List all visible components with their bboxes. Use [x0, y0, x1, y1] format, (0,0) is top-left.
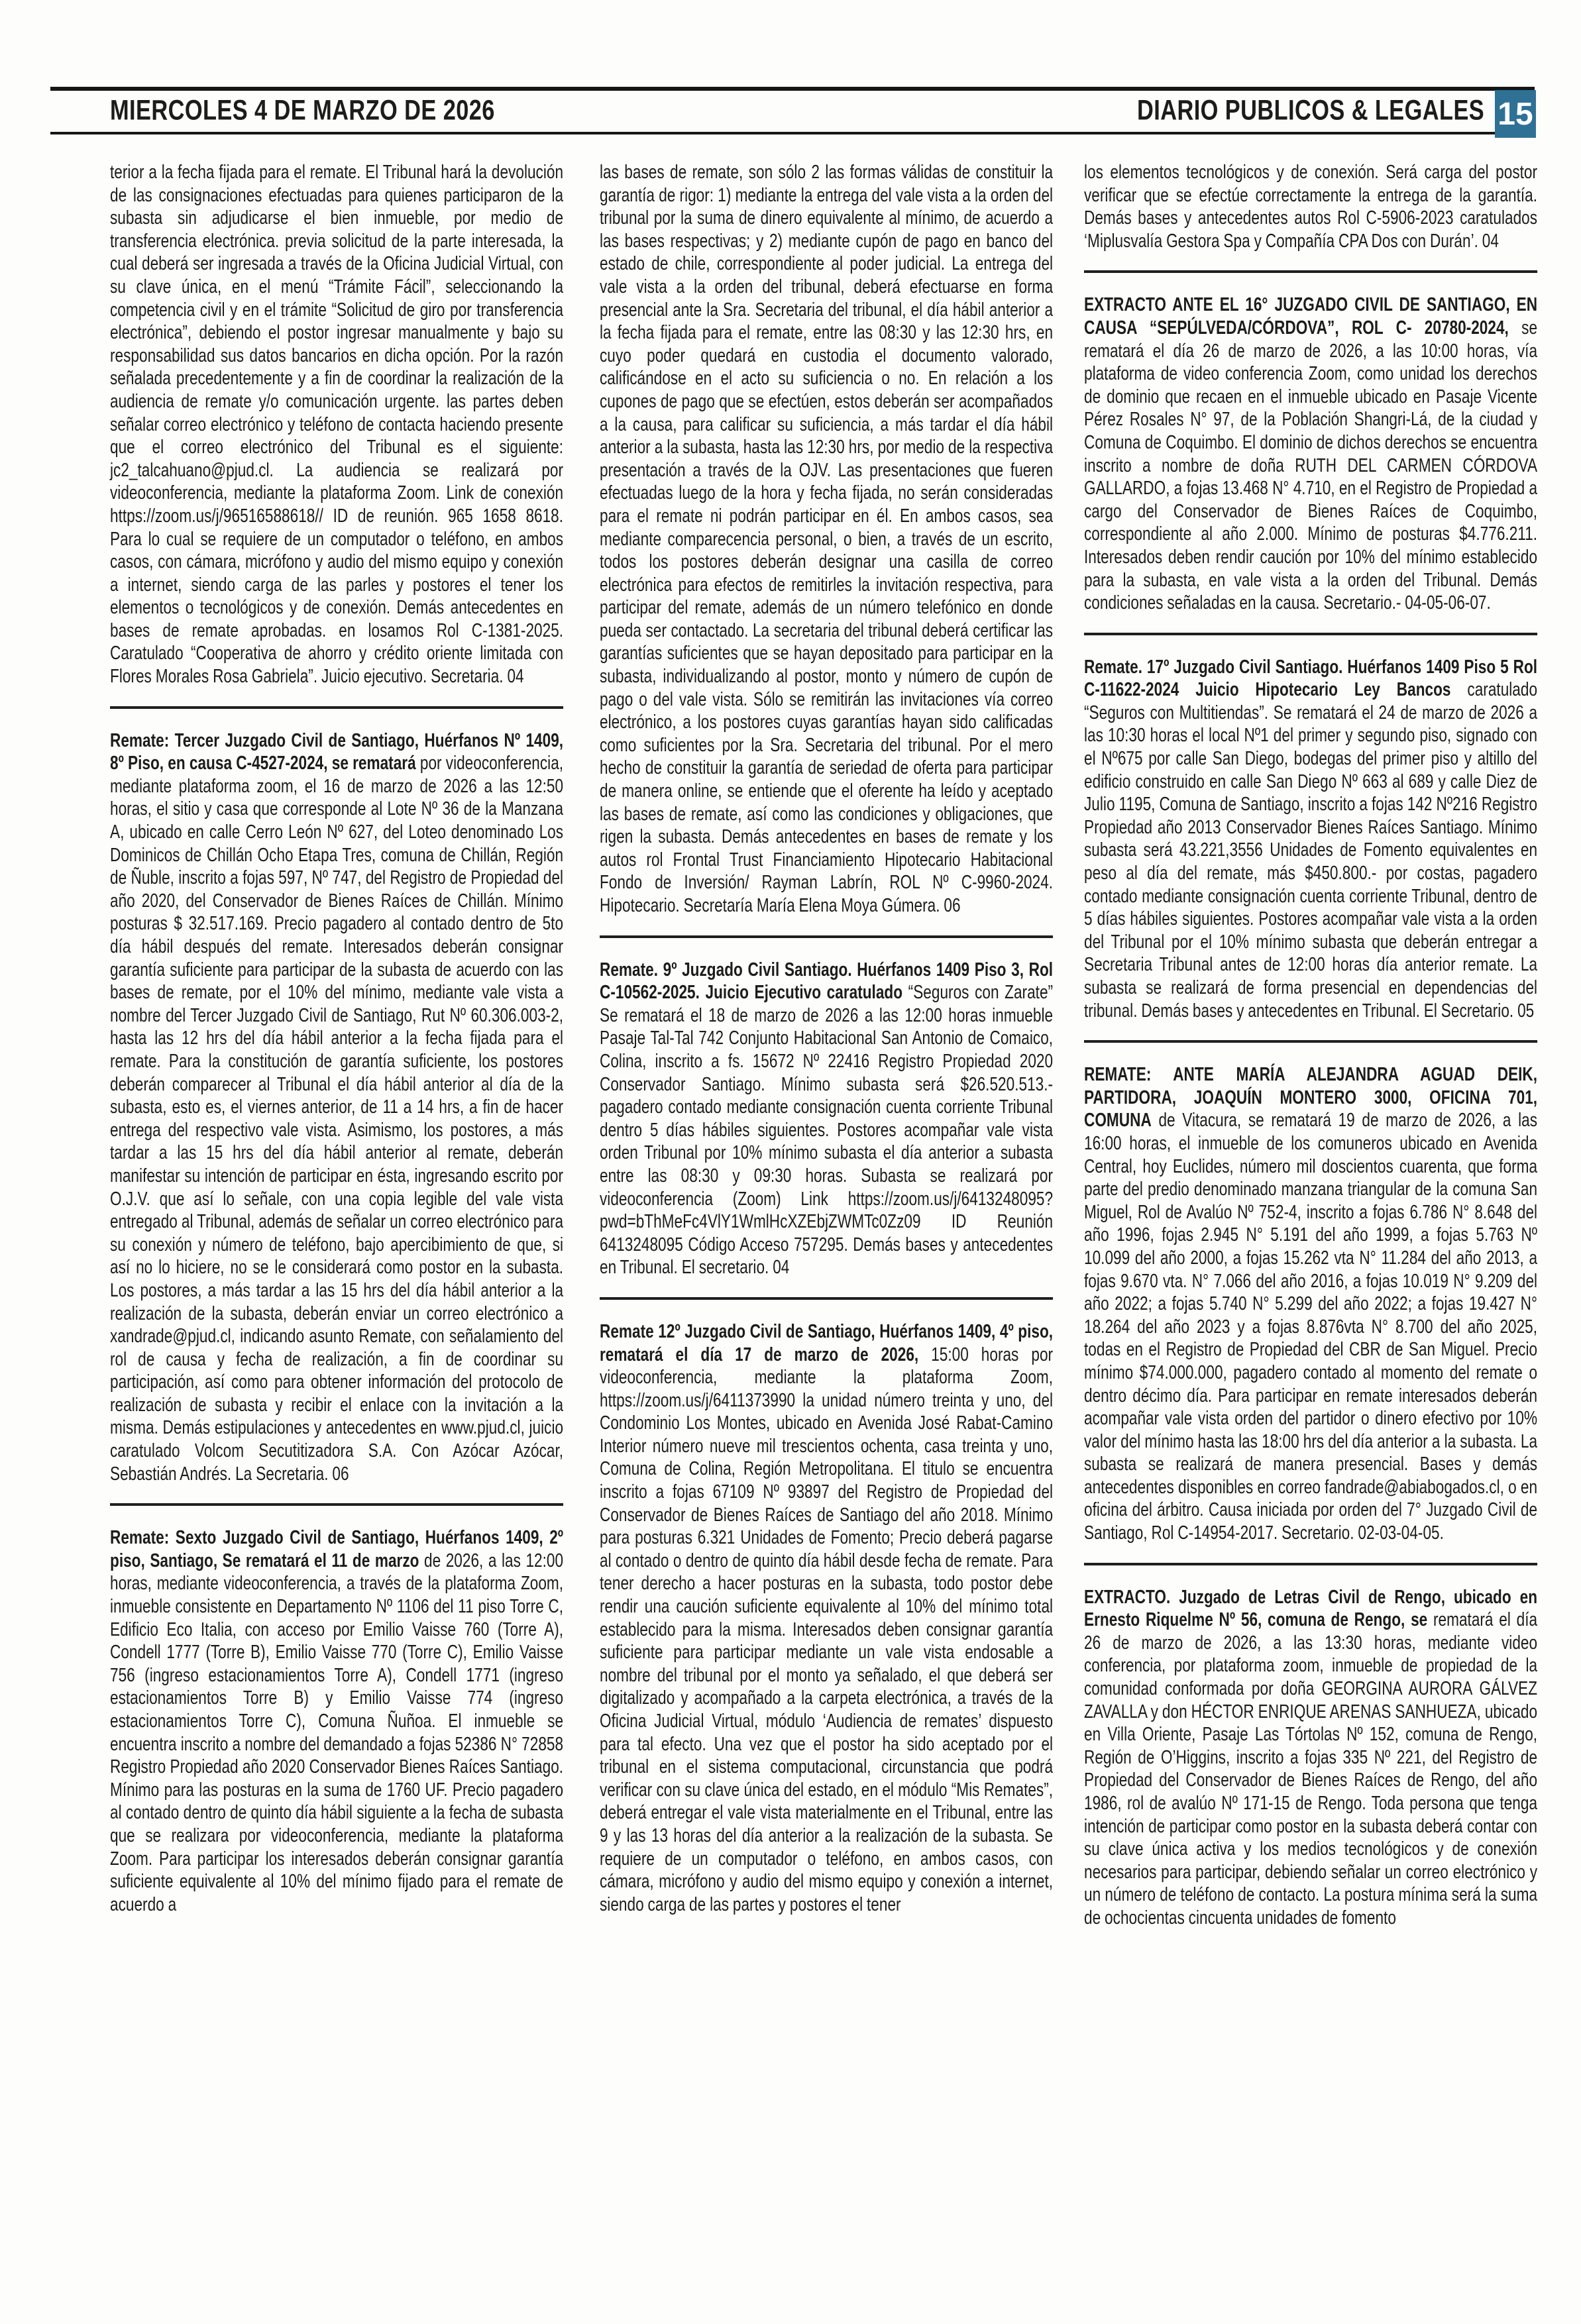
notice-body: los elementos tecnológicos y de conexión… — [1084, 162, 1537, 252]
legal-notice: Remate 12º Juzgado Civil de Santiago, Hu… — [600, 1320, 1053, 1916]
notice-body: “Seguros con Zarate” Se rematará el 18 d… — [600, 982, 1053, 1278]
notice-body: de 2026, a las 12:00 horas, mediante vid… — [110, 1550, 563, 1915]
notice-separator — [110, 1503, 563, 1506]
legal-notice: EXTRACTO. Juzgado de Letras Civil de Ren… — [1084, 1586, 1537, 1930]
page-number-badge: 15 — [1495, 90, 1536, 138]
publication-title: DIARIO PUBLICOS & LEGALES — [1137, 95, 1484, 127]
notice-body: por videoconferencia, mediante plataform… — [110, 753, 563, 1484]
notice-separator — [110, 706, 563, 709]
legal-notice: Remate: Sexto Juzgado Civil de Santiago,… — [110, 1526, 563, 1916]
legal-notice: las bases de remate, son sólo 2 las form… — [600, 161, 1053, 918]
legal-notice: Remate. 9º Juzgado Civil Santiago. Huérf… — [600, 959, 1053, 1279]
notice-separator — [1084, 270, 1537, 273]
legal-notice: los elementos tecnológicos y de conexión… — [1084, 161, 1537, 252]
notice-separator — [1084, 1563, 1537, 1565]
masthead-date: MIERCOLES 4 DE MARZO DE 2026 — [110, 95, 495, 127]
notice-separator — [600, 935, 1053, 938]
notice-body: se rematará el día 26 de marzo de 2026, … — [1084, 317, 1537, 613]
column-2: las bases de remate, son sólo 2 las form… — [600, 161, 1053, 1916]
notice-separator — [600, 1297, 1053, 1300]
legal-notice: Remate. 17º Juzgado Civil Santiago. Huér… — [1084, 656, 1537, 1023]
legal-notice: terior a la fecha fijada para el remate.… — [110, 161, 563, 688]
notice-separator — [1084, 1040, 1537, 1043]
masthead: MIERCOLES 4 DE MARZO DE 2026 DIARIO PUBL… — [50, 87, 1535, 134]
column-1: terior a la fecha fijada para el remate.… — [110, 161, 563, 1916]
notice-body: caratulado “Seguros con Multitiendas”. S… — [1084, 679, 1537, 1021]
notice-separator — [1084, 633, 1537, 635]
legal-notice: REMATE: ANTE MARÍA ALEJANDRA AGUAD DEIK,… — [1084, 1063, 1537, 1544]
notice-body: las bases de remate, son sólo 2 las form… — [600, 162, 1053, 916]
legal-notice: Remate: Tercer Juzgado Civil de Santiago… — [110, 729, 563, 1486]
column-3: los elementos tecnológicos y de conexión… — [1084, 161, 1537, 1930]
notice-body: 15:00 horas por videoconferencia, median… — [600, 1344, 1053, 1915]
notice-body: rematará el día 26 de marzo de 2026, a l… — [1084, 1609, 1537, 1928]
notice-lead: EXTRACTO ANTE EL 16° JUZGADO CIVIL DE SA… — [1084, 294, 1537, 339]
legal-notice: EXTRACTO ANTE EL 16° JUZGADO CIVIL DE SA… — [1084, 293, 1537, 614]
notice-body: terior a la fecha fijada para el remate.… — [110, 162, 563, 687]
notice-body: de Vitacura, se rematará 19 de marzo de … — [1084, 1110, 1537, 1544]
